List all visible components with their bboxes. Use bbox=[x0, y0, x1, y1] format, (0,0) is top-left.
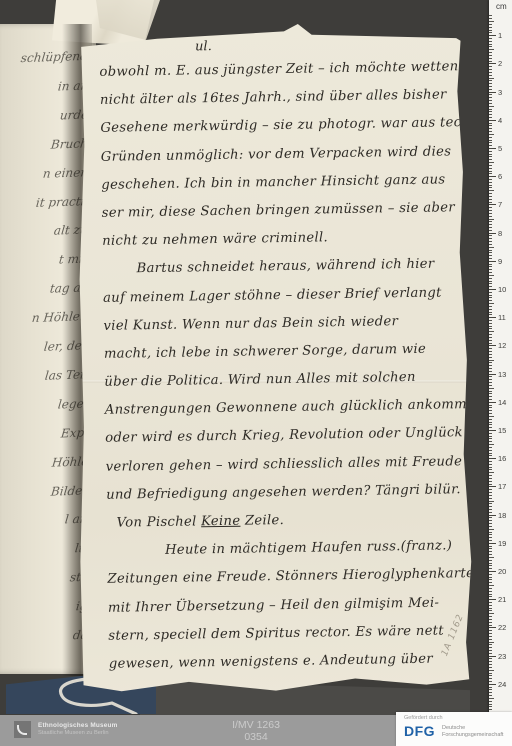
ruler-tick bbox=[489, 613, 494, 614]
ruler-tick bbox=[489, 689, 492, 690]
ruler-tick bbox=[489, 650, 492, 651]
ruler-tick bbox=[489, 585, 494, 586]
ruler-tick bbox=[489, 241, 492, 242]
ruler-tick bbox=[489, 258, 492, 259]
ruler-tick-label: 7 bbox=[498, 200, 502, 209]
ruler-tick bbox=[489, 492, 492, 493]
ruler-tick bbox=[489, 644, 492, 645]
ruler-tick bbox=[489, 283, 492, 284]
ruler-tick-label: 1 bbox=[498, 31, 502, 40]
ruler-tick bbox=[489, 656, 496, 657]
ruler-tick bbox=[489, 517, 492, 518]
ruler-tick bbox=[489, 379, 492, 380]
ruler-tick bbox=[489, 368, 492, 369]
ruler-tick bbox=[489, 89, 492, 90]
underlined-word: Keine bbox=[201, 514, 241, 530]
ruler-tick bbox=[489, 196, 492, 197]
ruler-tick bbox=[489, 554, 492, 555]
ruler-tick bbox=[489, 633, 492, 634]
ruler-tick bbox=[489, 94, 492, 95]
ruler-tick bbox=[489, 413, 492, 414]
ruler-tick-label: 6 bbox=[498, 172, 502, 181]
ruler-tick bbox=[489, 235, 492, 236]
ruler-tick bbox=[489, 148, 496, 149]
ruler-tick bbox=[489, 467, 492, 468]
ruler-tick bbox=[489, 374, 496, 375]
ruler-tick bbox=[489, 455, 492, 456]
ruler-tick bbox=[489, 407, 492, 408]
ruler-tick bbox=[489, 588, 492, 589]
ruler-tick bbox=[489, 351, 492, 352]
ruler-tick bbox=[489, 565, 492, 566]
ruler-tick bbox=[489, 15, 492, 16]
ruler-tick bbox=[489, 123, 492, 124]
ruler-tick bbox=[489, 92, 496, 93]
ruler-tick bbox=[489, 489, 492, 490]
ruler-tick bbox=[489, 323, 492, 324]
ruler-tick bbox=[489, 295, 492, 296]
ruler-tick bbox=[489, 385, 492, 386]
ruler-tick bbox=[489, 120, 496, 121]
ruler-tick bbox=[489, 266, 492, 267]
handwriting-line: ser mir, diese Sachen bringen zumüssen –… bbox=[102, 194, 460, 228]
ruler-tick bbox=[489, 520, 492, 521]
ruler-tick bbox=[489, 551, 492, 552]
ruler-tick bbox=[489, 419, 492, 420]
ruler-tick bbox=[489, 371, 492, 372]
ruler-tick bbox=[489, 515, 496, 516]
ruler-tick bbox=[489, 27, 492, 28]
handwriting-lines: obwohl m. E. aus jüngster Zeit – ich möc… bbox=[99, 53, 467, 679]
ruler-tick bbox=[489, 320, 492, 321]
ruler-tick bbox=[489, 140, 492, 141]
ruler-tick bbox=[489, 32, 492, 33]
ruler-tick bbox=[489, 103, 492, 104]
ruler-tick bbox=[489, 210, 492, 211]
ruler-tick-label: 10 bbox=[498, 285, 506, 294]
ruler-tick bbox=[489, 684, 496, 685]
ruler-tick bbox=[489, 35, 496, 36]
ruler-tick bbox=[489, 193, 492, 194]
ruler-tick bbox=[489, 80, 492, 81]
ruler-tick bbox=[489, 543, 496, 544]
ruler-tick bbox=[489, 571, 496, 572]
ruler-tick bbox=[489, 577, 492, 578]
ruler-tick bbox=[489, 97, 492, 98]
ruler-tick bbox=[489, 187, 492, 188]
ruler-tick bbox=[489, 168, 492, 169]
ruler-tick bbox=[489, 661, 492, 662]
handwriting-line: Bartus schneidet heraus, während ich hie… bbox=[136, 251, 460, 284]
manuscript-scan: schlüpfendin anurdeBruchn einenit practi… bbox=[0, 0, 512, 746]
ruler-tick bbox=[489, 190, 494, 191]
ruler-tick bbox=[489, 678, 492, 679]
ruler-tick bbox=[489, 176, 496, 177]
ruler-tick bbox=[489, 546, 492, 547]
ruler-tick bbox=[489, 464, 492, 465]
ruler-tick bbox=[489, 501, 494, 502]
ruler-tick bbox=[489, 698, 494, 699]
ruler-tick-label: 18 bbox=[498, 511, 506, 520]
dfg-logo: DFG bbox=[404, 723, 435, 739]
ruler-tick bbox=[489, 503, 492, 504]
handwriting-line: gewesen, wenn wenigstens e. Andeutung üb… bbox=[109, 645, 467, 679]
ruler-tick-label: 24 bbox=[498, 680, 506, 689]
ruler-tick bbox=[489, 83, 492, 84]
funding-box: Gefördert durch DFG Deutsche Forschungsg… bbox=[396, 712, 512, 746]
ruler-unit-label: cm bbox=[496, 2, 507, 11]
ruler-tick bbox=[489, 560, 492, 561]
ruler-tick bbox=[489, 639, 492, 640]
ruler-tick bbox=[489, 182, 492, 183]
ruler-tick bbox=[489, 345, 496, 346]
ruler-tick bbox=[489, 328, 492, 329]
ruler-tick bbox=[489, 326, 492, 327]
ruler-tick-label: 20 bbox=[498, 567, 506, 576]
ruler-tick bbox=[489, 602, 492, 603]
ruler-tick bbox=[489, 704, 492, 705]
ruler-tick bbox=[489, 453, 492, 454]
ruler-tick bbox=[489, 137, 492, 138]
ruler-tick bbox=[489, 537, 492, 538]
ruler-tick bbox=[489, 255, 492, 256]
ruler-tick bbox=[489, 596, 492, 597]
ruler-tick bbox=[489, 173, 492, 174]
ruler-tick-label: 15 bbox=[498, 426, 506, 435]
ruler-tick-label: 3 bbox=[498, 88, 502, 97]
ruler-tick bbox=[489, 30, 492, 31]
ruler-tick bbox=[489, 86, 492, 87]
ruler-tick bbox=[489, 701, 492, 702]
ruler-tick bbox=[489, 436, 492, 437]
ruler-tick bbox=[489, 261, 496, 262]
ruler-tick bbox=[489, 599, 496, 600]
ruler-tick bbox=[489, 250, 492, 251]
ruler-tick bbox=[489, 579, 492, 580]
ruler-tick bbox=[489, 221, 492, 222]
ruler-tick bbox=[489, 630, 492, 631]
ruler-tick bbox=[489, 100, 492, 101]
ruler-tick bbox=[489, 207, 492, 208]
ruler-tick bbox=[489, 512, 492, 513]
ruler-tick bbox=[489, 21, 494, 22]
ruler-tick bbox=[489, 156, 492, 157]
ruler-tick-label: 23 bbox=[498, 652, 506, 661]
ruler-tick bbox=[489, 75, 492, 76]
ruler-tick bbox=[489, 506, 492, 507]
ruler-tick bbox=[489, 484, 492, 485]
ruler-tick bbox=[489, 292, 492, 293]
ruler-tick bbox=[489, 297, 492, 298]
ruler-tick bbox=[489, 481, 492, 482]
ruler-tick bbox=[489, 165, 492, 166]
ruler-tick bbox=[489, 532, 492, 533]
ruler-tick bbox=[489, 58, 492, 59]
ruler-tick bbox=[489, 619, 492, 620]
ruler-tick bbox=[489, 199, 492, 200]
ruler-tick bbox=[489, 486, 496, 487]
ruler-tick bbox=[489, 289, 496, 290]
ruler-tick bbox=[489, 52, 492, 53]
ruler-tick bbox=[489, 69, 492, 70]
funding-org-name: Deutsche Forschungsgemeinschaft bbox=[442, 725, 503, 739]
ruler-tick bbox=[489, 38, 492, 39]
ruler-tick bbox=[489, 610, 492, 611]
ruler-tick bbox=[489, 393, 492, 394]
ruler-tick bbox=[489, 376, 492, 377]
ruler-tick bbox=[489, 134, 494, 135]
ruler-tick bbox=[489, 111, 492, 112]
ruler-tick bbox=[489, 300, 492, 301]
ruler-tick bbox=[489, 230, 492, 231]
ruler-tick bbox=[489, 563, 492, 564]
ruler-tick bbox=[489, 61, 492, 62]
ruler-tick bbox=[489, 63, 496, 64]
ruler-tick bbox=[489, 591, 492, 592]
ruler-tick bbox=[489, 594, 492, 595]
ruler-tick bbox=[489, 49, 494, 50]
ruler-tick bbox=[489, 312, 492, 313]
ruler-tick bbox=[489, 498, 492, 499]
ruler-tick bbox=[489, 664, 492, 665]
ruler-tick bbox=[489, 317, 496, 318]
ruler-tick-label: 9 bbox=[498, 257, 502, 266]
ruler-tick bbox=[489, 213, 492, 214]
ruler-tick bbox=[489, 582, 492, 583]
ruler-tick bbox=[489, 526, 492, 527]
ruler-tick bbox=[489, 422, 492, 423]
ruler-tick bbox=[489, 159, 492, 160]
ruler-tick bbox=[489, 360, 494, 361]
ruler-tick bbox=[489, 145, 492, 146]
funding-prefix: Gefördert durch bbox=[404, 715, 443, 721]
ruler: cm 1234567891011121314151617181920212223… bbox=[489, 0, 512, 714]
ruler-tick bbox=[489, 416, 494, 417]
ruler-tick bbox=[489, 608, 492, 609]
footer-bar: Ethnologisches Museum Staatliche Museen … bbox=[0, 715, 512, 746]
ruler-tick bbox=[489, 658, 492, 659]
ruler-tick-label: 13 bbox=[498, 370, 506, 379]
ruler-tick bbox=[489, 219, 494, 220]
ruler-tick bbox=[489, 667, 492, 668]
ruler-tick bbox=[489, 131, 492, 132]
ruler-tick bbox=[489, 675, 492, 676]
ruler-tick bbox=[489, 478, 492, 479]
ruler-tick bbox=[489, 447, 492, 448]
ruler-tick-label: 5 bbox=[498, 144, 502, 153]
ruler-tick bbox=[489, 509, 492, 510]
ruler-tick bbox=[489, 472, 494, 473]
ruler-tick bbox=[489, 72, 492, 73]
ruler-tick bbox=[489, 410, 492, 411]
ruler-tick bbox=[489, 46, 492, 47]
ruler-tick bbox=[489, 337, 492, 338]
ruler-tick bbox=[489, 18, 492, 19]
ruler-tick-label: 8 bbox=[498, 229, 502, 238]
ruler-tick bbox=[489, 427, 492, 428]
ruler-tick bbox=[489, 41, 492, 42]
ruler-tick bbox=[489, 179, 492, 180]
ruler-tick bbox=[489, 362, 492, 363]
ruler-tick bbox=[489, 382, 492, 383]
ruler-tick-label: 22 bbox=[498, 623, 506, 632]
funding-org-line2: Forschungsgemeinschaft bbox=[442, 732, 503, 739]
ruler-tick bbox=[489, 66, 492, 67]
ruler-tick bbox=[489, 357, 492, 358]
ruler-tick bbox=[489, 706, 492, 707]
ruler-tick bbox=[489, 204, 496, 205]
ruler-tick bbox=[489, 106, 494, 107]
ruler-tick bbox=[489, 117, 492, 118]
ruler-tick bbox=[489, 334, 492, 335]
ruler-tick-label: 14 bbox=[498, 398, 506, 407]
ruler-tick bbox=[489, 568, 492, 569]
ruler-tick bbox=[489, 264, 492, 265]
ruler-tick bbox=[489, 354, 492, 355]
handwriting-line: und Befriedigung angesehen werden? Tängr… bbox=[106, 476, 464, 510]
ruler-tick bbox=[489, 44, 492, 45]
ruler-tick bbox=[489, 670, 494, 671]
ruler-tick bbox=[489, 681, 492, 682]
ruler-tick bbox=[489, 216, 492, 217]
ruler-tick bbox=[489, 171, 492, 172]
ruler-tick bbox=[489, 142, 492, 143]
ruler-tick bbox=[489, 272, 492, 273]
ruler-tick bbox=[489, 605, 492, 606]
ruler-tick bbox=[489, 151, 492, 152]
ruler-tick bbox=[489, 627, 496, 628]
ruler-tick bbox=[489, 252, 492, 253]
ruler-tick bbox=[489, 128, 492, 129]
funding-org-line1: Deutsche bbox=[442, 725, 503, 732]
ruler-tick bbox=[489, 687, 492, 688]
handwriting-block: ul. obwohl m. E. aus jüngster Zeit – ich… bbox=[99, 35, 467, 679]
ruler-tick bbox=[489, 391, 492, 392]
ruler-tick bbox=[489, 450, 492, 451]
ruler-tick bbox=[489, 709, 492, 710]
ruler-tick bbox=[489, 534, 492, 535]
ruler-tick bbox=[489, 458, 496, 459]
ruler-tick bbox=[489, 574, 492, 575]
ruler-tick-label: 21 bbox=[498, 595, 506, 604]
ruler-tick bbox=[489, 125, 492, 126]
ruler-tick bbox=[489, 469, 492, 470]
ruler-tick bbox=[489, 286, 492, 287]
letter-page: ul. obwohl m. E. aus jüngster Zeit – ich… bbox=[78, 24, 474, 696]
ruler-tick bbox=[489, 647, 492, 648]
ruler-tick bbox=[489, 673, 492, 674]
ruler-tick bbox=[489, 692, 492, 693]
ruler-tick-label: 11 bbox=[498, 313, 506, 322]
ruler-tick bbox=[489, 162, 494, 163]
ruler-tick bbox=[489, 529, 494, 530]
ruler-tick bbox=[489, 540, 492, 541]
ruler-tick bbox=[489, 438, 492, 439]
ruler-tick bbox=[489, 55, 492, 56]
ruler-tick bbox=[489, 348, 492, 349]
ruler-tick bbox=[489, 523, 492, 524]
ruler-tick bbox=[489, 444, 494, 445]
ruler-tick bbox=[489, 227, 492, 228]
ruler-tick bbox=[489, 233, 496, 234]
ruler-tick bbox=[489, 224, 492, 225]
ruler-tick bbox=[489, 24, 492, 25]
ruler-tick bbox=[489, 461, 492, 462]
ruler-tick bbox=[489, 396, 492, 397]
ruler-tick bbox=[489, 281, 492, 282]
ruler-tick-label: 17 bbox=[498, 482, 506, 491]
ruler-tick bbox=[489, 625, 492, 626]
ruler-tick-label: 12 bbox=[498, 341, 506, 350]
ruler-tick bbox=[489, 430, 496, 431]
ruler-tick-label: 2 bbox=[498, 59, 502, 68]
ruler-tick bbox=[489, 78, 494, 79]
ruler-tick bbox=[489, 433, 492, 434]
ruler-tick bbox=[489, 185, 492, 186]
ruler-tick bbox=[489, 405, 492, 406]
ruler-tick bbox=[489, 402, 496, 403]
ruler-tick-label: 4 bbox=[498, 116, 502, 125]
ruler-tick bbox=[489, 636, 492, 637]
ruler-tick bbox=[489, 388, 494, 389]
ruler-tick bbox=[489, 109, 492, 110]
ruler-tick bbox=[489, 495, 492, 496]
ruler-tick bbox=[489, 616, 492, 617]
ruler-tick bbox=[489, 309, 492, 310]
ruler-tick bbox=[489, 365, 492, 366]
ruler-tick bbox=[489, 114, 492, 115]
ruler-tick bbox=[489, 343, 492, 344]
ruler-tick bbox=[489, 244, 492, 245]
ruler-tick bbox=[489, 441, 492, 442]
handwriting-line: auf meinem Lager stöhne – dieser Brief v… bbox=[103, 279, 461, 313]
ruler-tick bbox=[489, 202, 492, 203]
ruler-tick bbox=[489, 314, 492, 315]
ruler-tick-label: 16 bbox=[498, 454, 506, 463]
ruler-tick bbox=[489, 154, 492, 155]
ruler-tick bbox=[489, 238, 492, 239]
ruler-tick bbox=[489, 548, 492, 549]
ruler-tick bbox=[489, 642, 494, 643]
ruler-tick bbox=[489, 306, 492, 307]
ruler-tick bbox=[489, 340, 492, 341]
ruler-tick bbox=[489, 475, 492, 476]
ruler-tick bbox=[489, 275, 494, 276]
ruler-tick bbox=[489, 622, 492, 623]
ruler-tick bbox=[489, 269, 492, 270]
ruler-tick bbox=[489, 695, 492, 696]
ruler-tick bbox=[489, 557, 494, 558]
ruler-tick-label: 19 bbox=[498, 539, 506, 548]
ruler-tick bbox=[489, 424, 492, 425]
ruler-tick bbox=[489, 331, 494, 332]
ruler-tick bbox=[489, 278, 492, 279]
ruler-tick bbox=[489, 303, 494, 304]
ruler-tick bbox=[489, 399, 492, 400]
ruler-tick bbox=[489, 653, 492, 654]
ruler-tick bbox=[489, 247, 494, 248]
